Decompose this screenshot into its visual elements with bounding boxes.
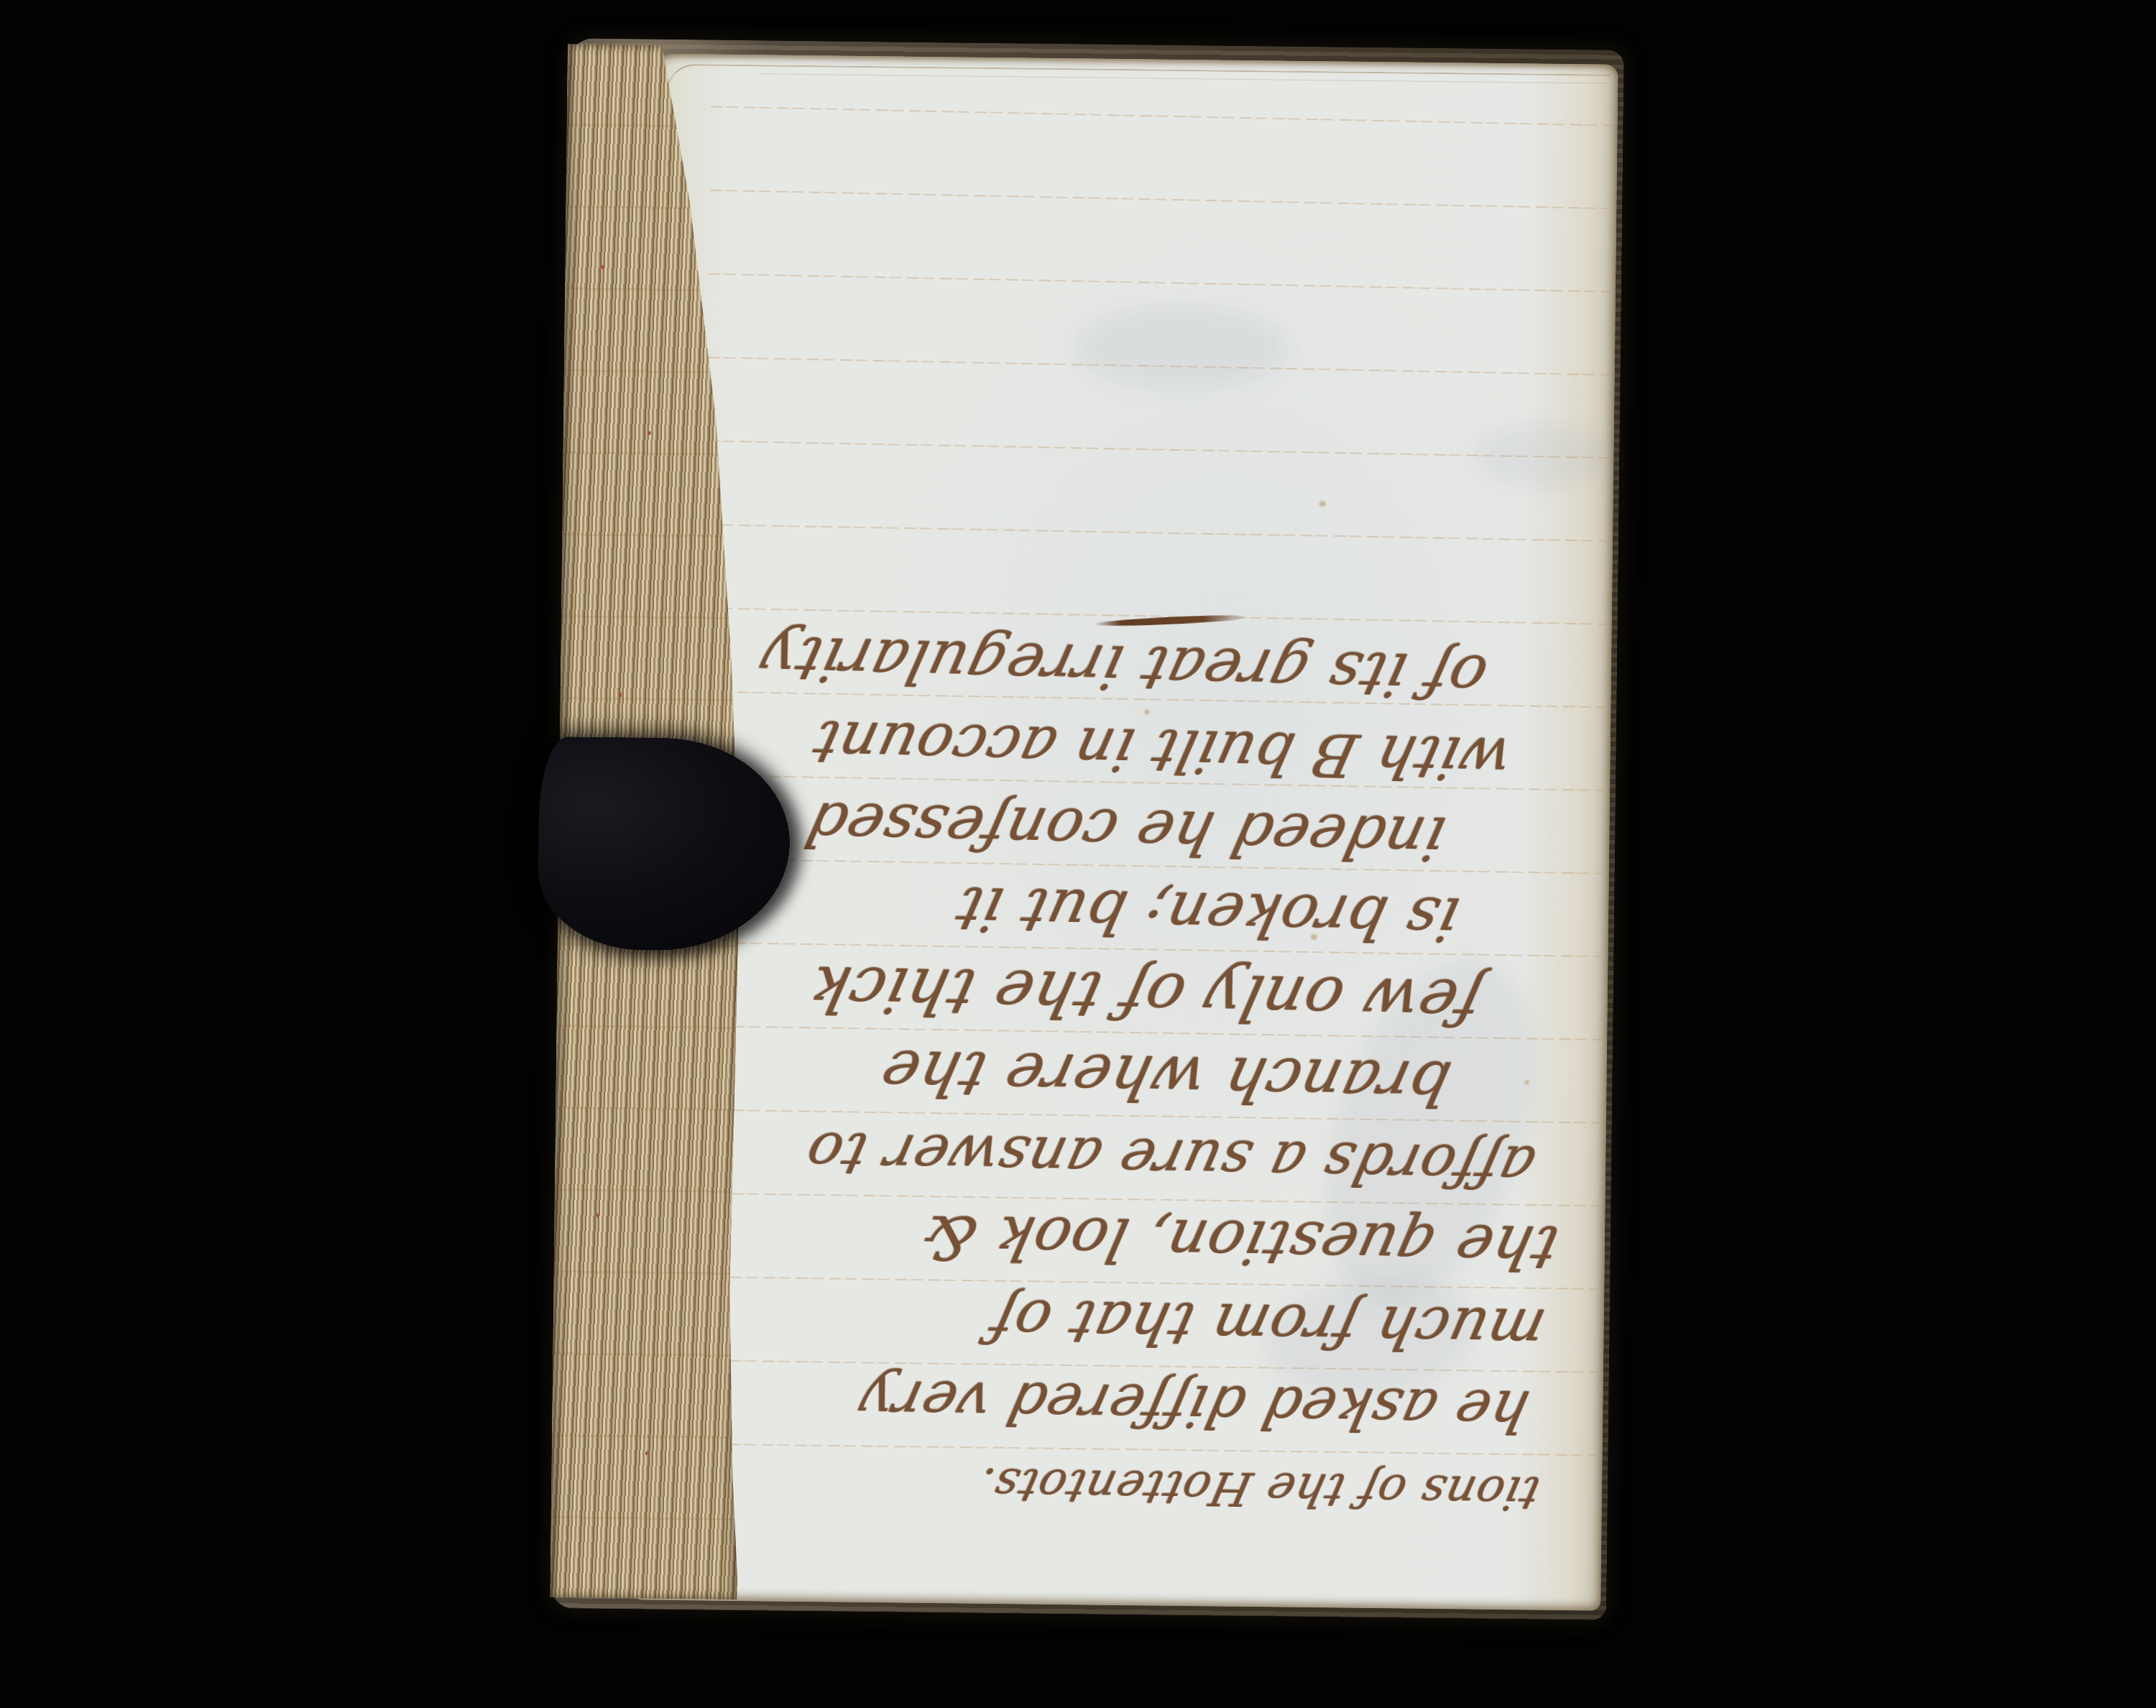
foxing-speck (1311, 934, 1317, 940)
ruled-line (702, 858, 1603, 874)
under-sheet-edge-line-2 (760, 73, 1608, 112)
show-through-smudge (1285, 933, 1577, 1333)
notebook-photograph: of its great irregularity with B built i… (0, 0, 2156, 1708)
ruled-line (699, 1193, 1600, 1207)
handwriting-row: tions of the Hottentots. (998, 1441, 1520, 1536)
ruled-line (703, 775, 1604, 791)
handwriting-text: the question, look & (913, 1201, 1565, 1283)
ruled-line (708, 356, 1609, 375)
ruled-line (697, 1276, 1598, 1290)
handwriting-row: of its great irregularity (767, 614, 1480, 721)
handwriting-text: tions of the Hottentots. (973, 1457, 1545, 1519)
notebook: of its great irregularity with B built i… (537, 38, 1626, 1620)
ruled-line (711, 106, 1612, 126)
handwriting-row: affords a sure answer to (822, 1109, 1517, 1211)
foxing-speck (1319, 501, 1326, 507)
ruled-line (699, 1109, 1600, 1123)
ruled-line (710, 190, 1611, 210)
handwriting-row: branch where the (906, 1029, 1424, 1127)
handwriting-text: affords a sure answer to (798, 1120, 1541, 1200)
ruled-line (700, 1025, 1601, 1040)
foxing-speck (1525, 1080, 1529, 1084)
under-sheet-edge-line (665, 64, 1611, 184)
handwriting-text: much from that of (984, 1285, 1552, 1363)
handwriting-text: branch where the (873, 1036, 1457, 1119)
ruled-line (709, 273, 1610, 292)
ruled-line (701, 942, 1603, 958)
ruled-line (706, 524, 1607, 542)
handwriting-text: he asked differed very (852, 1367, 1535, 1444)
handwriting-row: indeed he confessed (840, 781, 1410, 882)
ruled-line (696, 1360, 1598, 1372)
ruled-line (707, 440, 1608, 459)
handwriting-text: with B built in account (806, 707, 1518, 793)
handwriting-row: he asked differed very (888, 1357, 1500, 1454)
handwriting-row: much from that of (1007, 1276, 1529, 1373)
ruled-line (704, 691, 1606, 708)
show-through-smudge (1072, 303, 1289, 391)
handwriting-text: is broken; but it (948, 874, 1465, 955)
handwriting-text: few only of the thick (801, 951, 1489, 1039)
foxing-speck (1144, 709, 1149, 714)
handwriting-row: the question, look & (939, 1193, 1540, 1291)
foxing-speck (931, 1408, 936, 1412)
ruled-line (696, 1444, 1597, 1457)
